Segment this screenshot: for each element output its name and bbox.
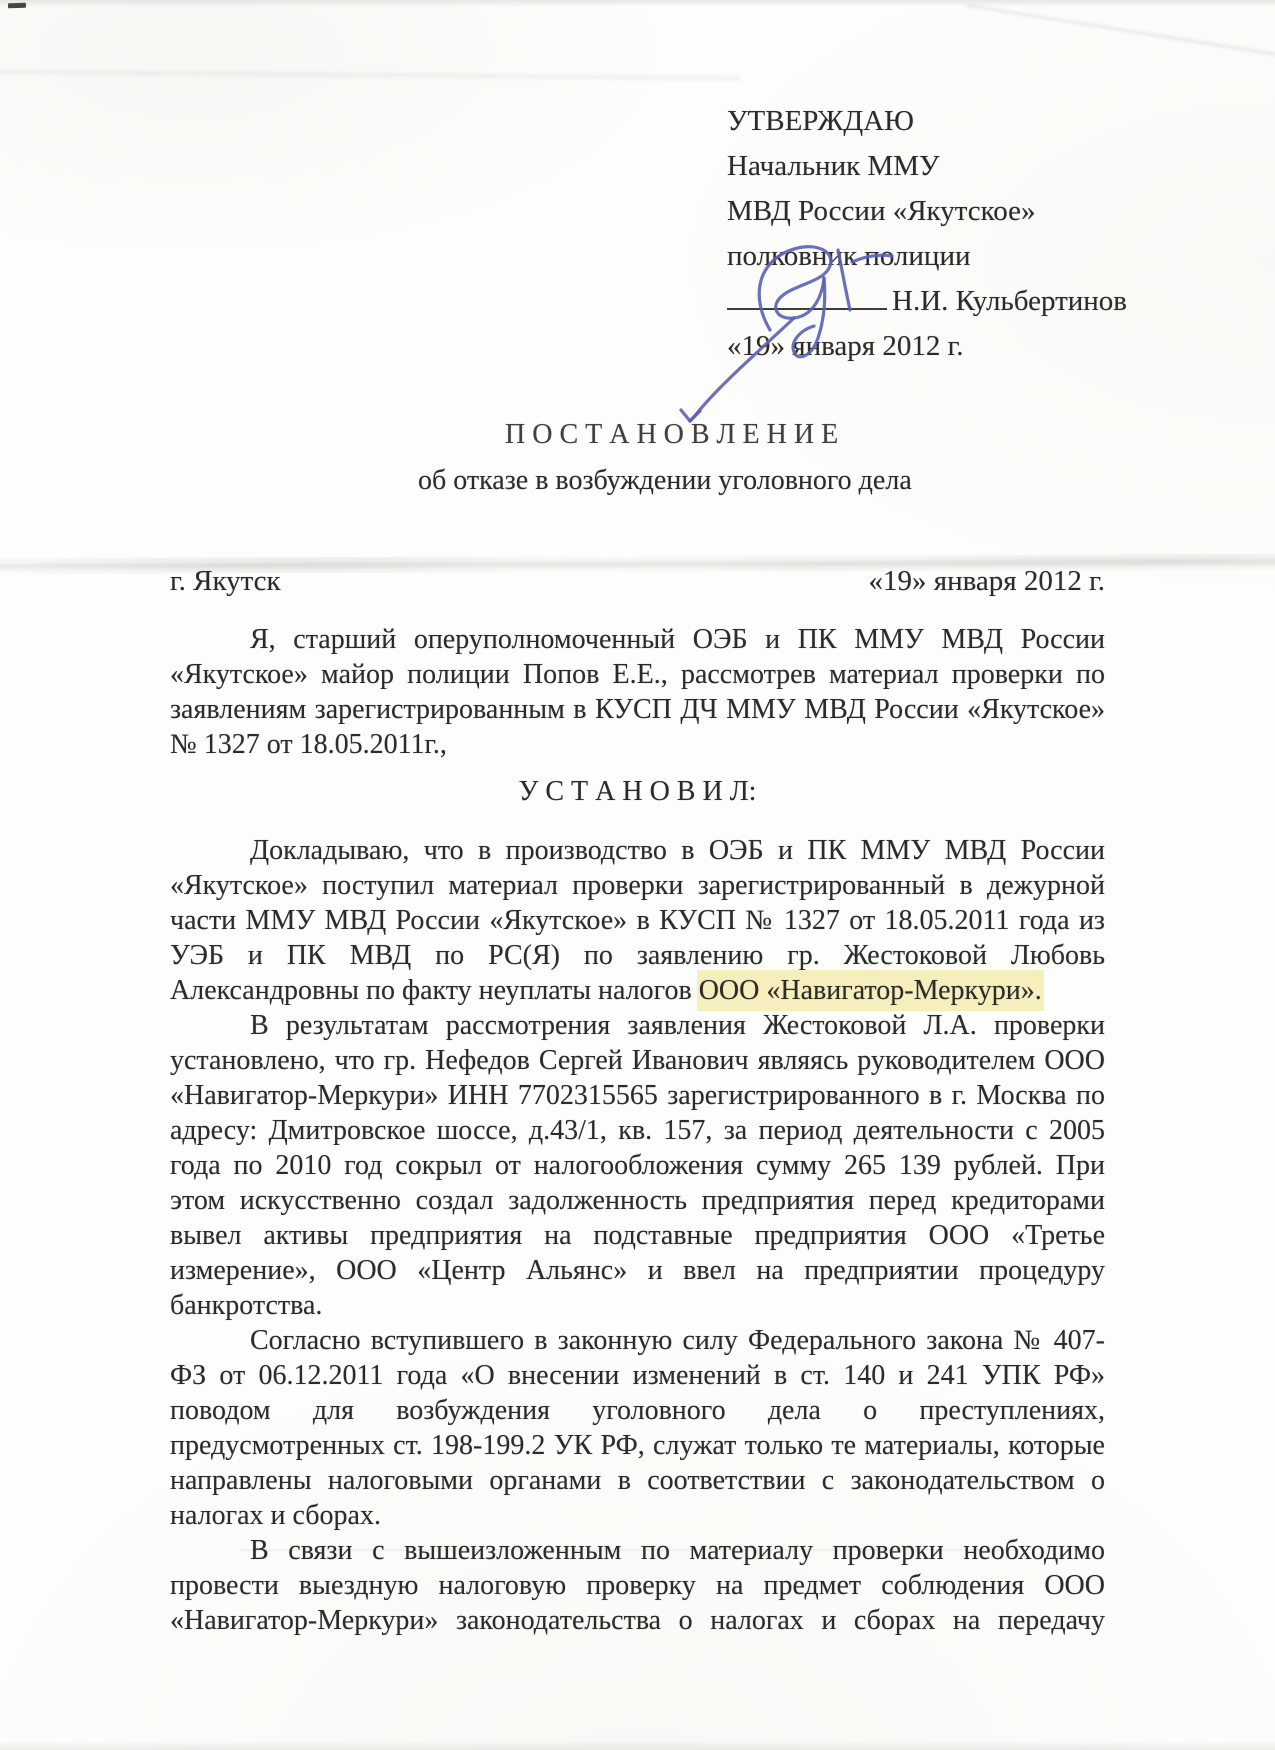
text-line: полковник полиции	[727, 234, 1127, 279]
findings-justified-lines: В результатам рассмотрения заявления Жес…	[170, 1008, 1105, 1288]
text-line: МВД России «Якутское»	[727, 189, 1127, 234]
text-line: Докладываю, что в производство в ОЭБ и П…	[170, 833, 1105, 868]
intro-justified-lines: Я, старший оперуполномоченный ОЭБ и ПК М…	[170, 622, 1105, 727]
text-line: ФЗ от 06.12.2011 года «О внесении измене…	[170, 1358, 1105, 1393]
text-line: «Навигатор-Меркури» законодательства о н…	[170, 1603, 1105, 1638]
text-line: адресу: Дмитровское шоссе, д.43/1, кв. 1…	[170, 1113, 1105, 1148]
paper-crease	[0, 67, 740, 83]
text-line: Я, старший оперуполномоченный ОЭБ и ПК М…	[170, 622, 1105, 657]
signee-name: Н.И. Кульбертинов	[892, 285, 1127, 317]
place-date-line: г. Якутск «19» января 2012 г.	[170, 564, 1105, 599]
text-line: «Навигатор-Меркури» ИНН 7702315565 зарег…	[170, 1078, 1105, 1113]
text-line: установлено, что гр. Нефедов Сергей Иван…	[170, 1043, 1105, 1078]
text-line: заявлениям зарегистрированным в КУСП ДЧ …	[170, 692, 1105, 727]
law-justified-lines: Согласно вступившего в законную силу Фед…	[170, 1323, 1105, 1498]
text-line: налогах и сборах.	[170, 1498, 1105, 1533]
text-line: Начальник ММУ	[727, 144, 1127, 189]
approval-block: УТВЕРЖДАЮНачальник ММУМВД России «Якутск…	[727, 99, 1127, 369]
text-line: этом искусственно создал задолженность п…	[170, 1183, 1105, 1218]
document-body: г. Якутск «19» января 2012 г. Я, старший…	[170, 564, 1105, 1638]
approval-date: «19» января 2012 г.	[727, 324, 1127, 369]
text-line: поводом для возбуждения уголовного дела …	[170, 1393, 1105, 1428]
scan-edge-shade-top	[0, 0, 1275, 7]
text-line: «Якутское» поступил материал проверки за…	[170, 868, 1105, 903]
highlighted-text: ООО «Навигатор-Меркури».	[699, 975, 1042, 1006]
resolution-heading: У С Т А Н О В И Л:	[170, 774, 1105, 809]
scan-edge-shade-bottom	[0, 1740, 1275, 1750]
text-line: направлены налоговыми органами в соответ…	[170, 1463, 1105, 1498]
text-line: В связи с вышеизложенным по материалу пр…	[170, 1533, 1105, 1568]
approval-lines: УТВЕРЖДАЮНачальник ММУМВД России «Якутск…	[727, 99, 1127, 279]
text-line: провести выездную налоговую проверку на …	[170, 1568, 1105, 1603]
signature-row: Н.И. Кульбертинов	[727, 279, 1127, 324]
text-line: «Якутское» майор полиции Попов Е.Е., рас…	[170, 657, 1105, 692]
scanned-document-page: УТВЕРЖДАЮНачальник ММУМВД России «Якутск…	[0, 0, 1275, 1750]
text-line: В результатам рассмотрения заявления Жес…	[170, 1008, 1105, 1043]
conclusion-justified-lines: В связи с вышеизложенным по материалу пр…	[170, 1533, 1105, 1638]
text-line: измерение», ООО «Центр Альянс» и ввел на…	[170, 1253, 1105, 1288]
text-line: УЭБ и ПК МВД по РС(Я) по заявлению гр. Ж…	[170, 938, 1105, 973]
report-last-line-text: Александровны по факту неуплаты налогов	[170, 975, 699, 1006]
text-line: предусмотренных ст. 198-199.2 УК РФ, слу…	[170, 1428, 1105, 1463]
document-subtitle: об отказе в возбуждении уголовного дела	[418, 463, 912, 498]
place-label: г. Якутск	[170, 564, 281, 599]
text-line: банкротства.	[170, 1288, 1105, 1323]
paragraph-conclusion: В связи с вышеизложенным по материалу пр…	[170, 1533, 1105, 1638]
text-line: Александровны по факту неуплаты налогов …	[170, 973, 1105, 1008]
text-line: Согласно вступившего в законную силу Фед…	[170, 1323, 1105, 1358]
date-label: «19» января 2012 г.	[868, 564, 1105, 599]
paragraph-intro: Я, старший оперуполномоченный ОЭБ и ПК М…	[170, 622, 1105, 762]
paragraph-report: Докладываю, что в производство в ОЭБ и П…	[170, 833, 1105, 1008]
signature-line	[727, 303, 887, 310]
text-line: № 1327 от 18.05.2011г.,	[170, 727, 1105, 762]
paper-crease	[966, 1, 1275, 62]
report-justified-lines: Докладываю, что в производство в ОЭБ и П…	[170, 833, 1105, 973]
paragraph-findings: В результатам рассмотрения заявления Жес…	[170, 1008, 1105, 1323]
text-line: части ММУ МВД России «Якутское» в КУСП №…	[170, 903, 1105, 938]
text-line: года по 2010 год сокрыл от налогообложен…	[170, 1148, 1105, 1183]
text-line: вывел активы предприятия на подставные п…	[170, 1218, 1105, 1253]
paragraph-law: Согласно вступившего в законную силу Фед…	[170, 1323, 1105, 1533]
text-line: УТВЕРЖДАЮ	[727, 99, 1127, 144]
document-title: П О С Т А Н О В Л Е Н И Е	[505, 417, 838, 452]
